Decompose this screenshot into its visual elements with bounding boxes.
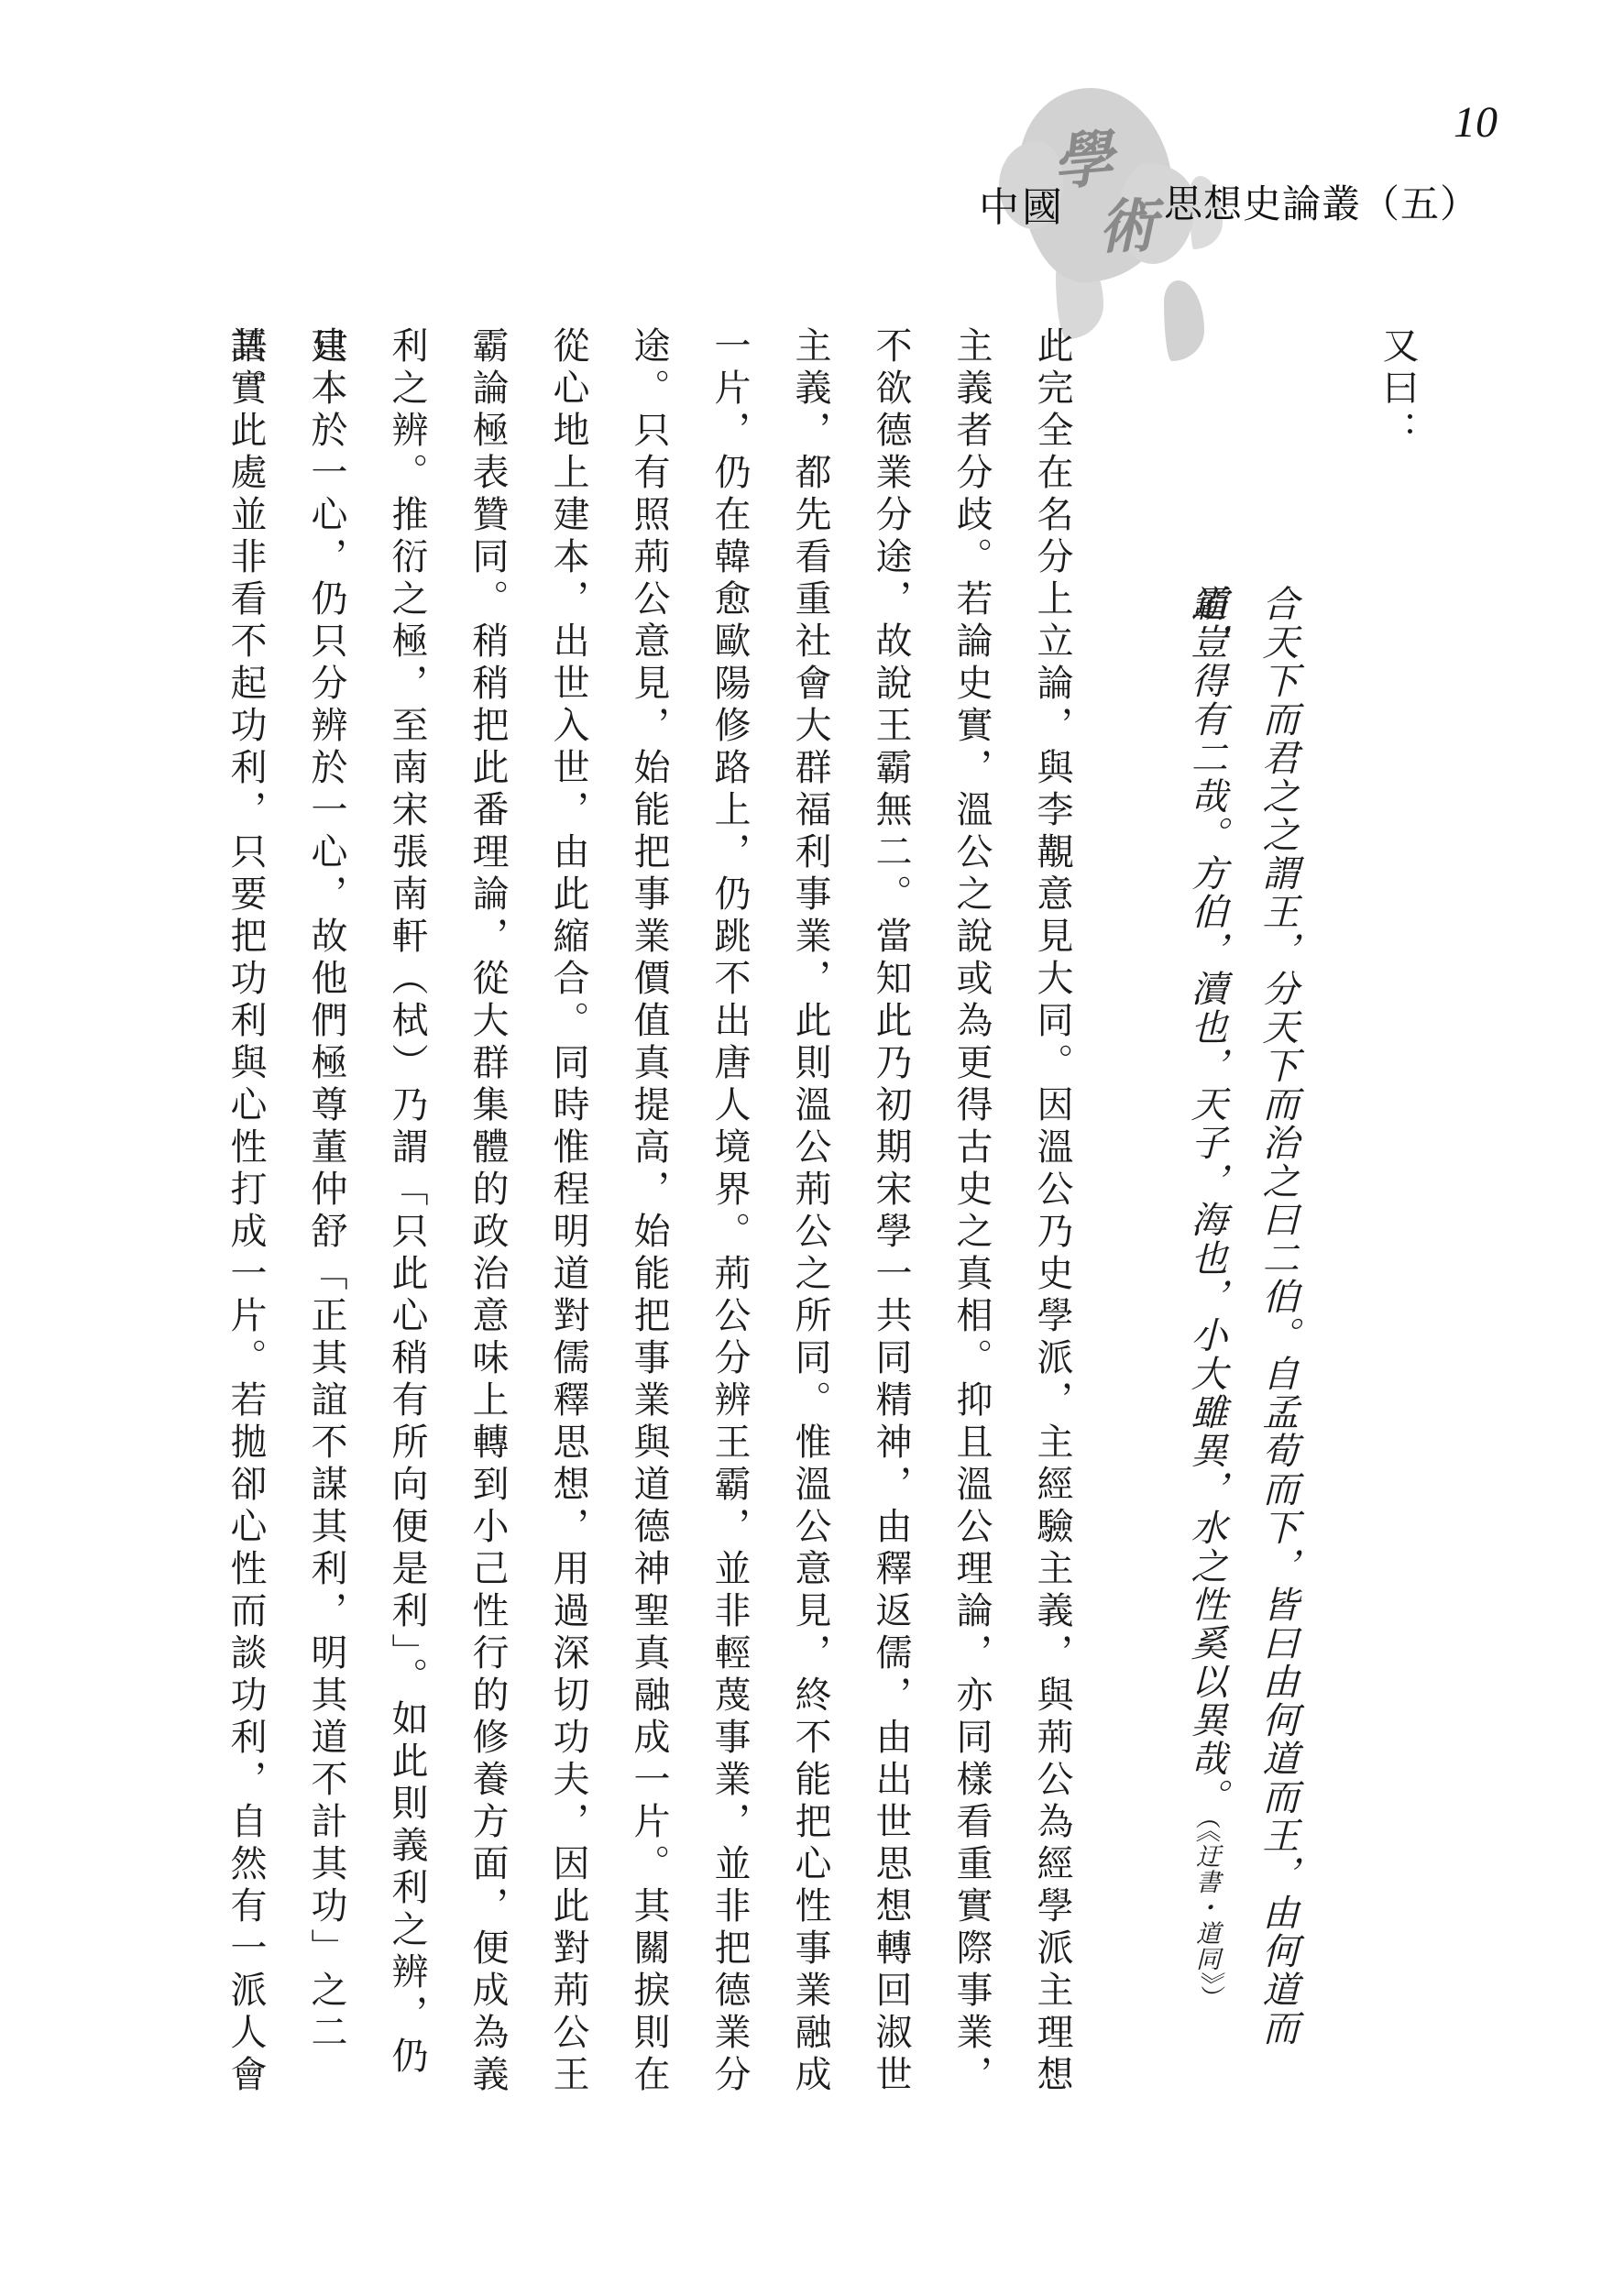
quote-line-2-text: 道豈得有二哉。方伯，瀆也，天子，海也，小大雖異，水之性奚以異哉。 — [1186, 585, 1227, 1817]
series-script-shu: 術 — [1096, 179, 1158, 265]
body-column: 其實此處並非看不起功利，只要把功利與心性打成一片。若拋卻心性而談功利，自然有一派… — [205, 326, 286, 2119]
body-column: 霸論極表贊同。稍稍把此番理論，從大群集體的政治意味上轉到小己性行的修養方面，便成… — [447, 326, 528, 2119]
body-column: 不欲德業分途，故說王霸無二。當知此乃初期宋學一共同精神，由釋返儒，由出世思想轉回… — [850, 326, 931, 2119]
book-page: 中國 學 術 思想史論叢（五） 10 又曰： 合天下而君之之謂王，分天下而治之曰… — [0, 0, 1624, 2273]
body-column: 此完全在名分上立論，與李覯意見大同。因溫公乃史學派，主經驗主義，與荊公為經學派主… — [1012, 326, 1092, 2119]
body-column: 利之辨。推衍之極，至南宋張南軒（栻）乃謂「只此心稍有所向便是利」。如此則義利之辨… — [367, 326, 447, 2119]
series-title-suffix: 思想史論叢（五） — [1164, 174, 1479, 229]
page-number: 10 — [1454, 97, 1498, 148]
quote-line-2: 道豈得有二哉。方伯，瀆也，天子，海也，小大雖異，水之性奚以異哉。（《迂書・道同》… — [1170, 326, 1242, 2119]
body-column: 主義，都先看重社會大群福利事業，此則溫公荊公之所同。惟溫公意見，終不能把心性事業… — [770, 326, 850, 2119]
series-title-prefix: 中國 — [979, 174, 1065, 233]
body-column: 途。只有照荊公意見，始能把事業價值真提高，始能把事業與道德神聖真融成一片。其關捩… — [609, 326, 689, 2119]
quote-citation: （《迂書・道同》） — [1192, 1817, 1220, 2011]
body-column: 一片，仍在韓愈歐陽修路上，仍跳不出唐人境界。荊公分辨王霸，並非輕蔑事業，並非把德… — [689, 326, 770, 2119]
body-column: 從心地上建本，出世入世，由此縮合。同時惟程明道對儒釋思想，用過深切功夫，因此對荊… — [528, 326, 609, 2119]
body-column: 主義者分歧。若論史實，溫公之說或為更得古史之真相。抑且溫公理論，亦同樣看重實際事… — [931, 326, 1012, 2119]
quote-line-1: 合天下而君之之謂王，分天下而治之曰二伯。自孟荀而下，皆曰由何道而王，由何道而霸， — [1242, 326, 1313, 2119]
body-column: 建本於一心，仍只分辨於一心，故他們極尊董仲舒「正其誼不謀其利，明其道不計其功」之… — [286, 326, 367, 2119]
lead-in: 又曰： — [1359, 326, 1436, 2119]
text-block: 又曰： 合天下而君之之謂王，分天下而治之曰二伯。自孟荀而下，皆曰由何道而王，由何… — [190, 326, 1436, 2119]
